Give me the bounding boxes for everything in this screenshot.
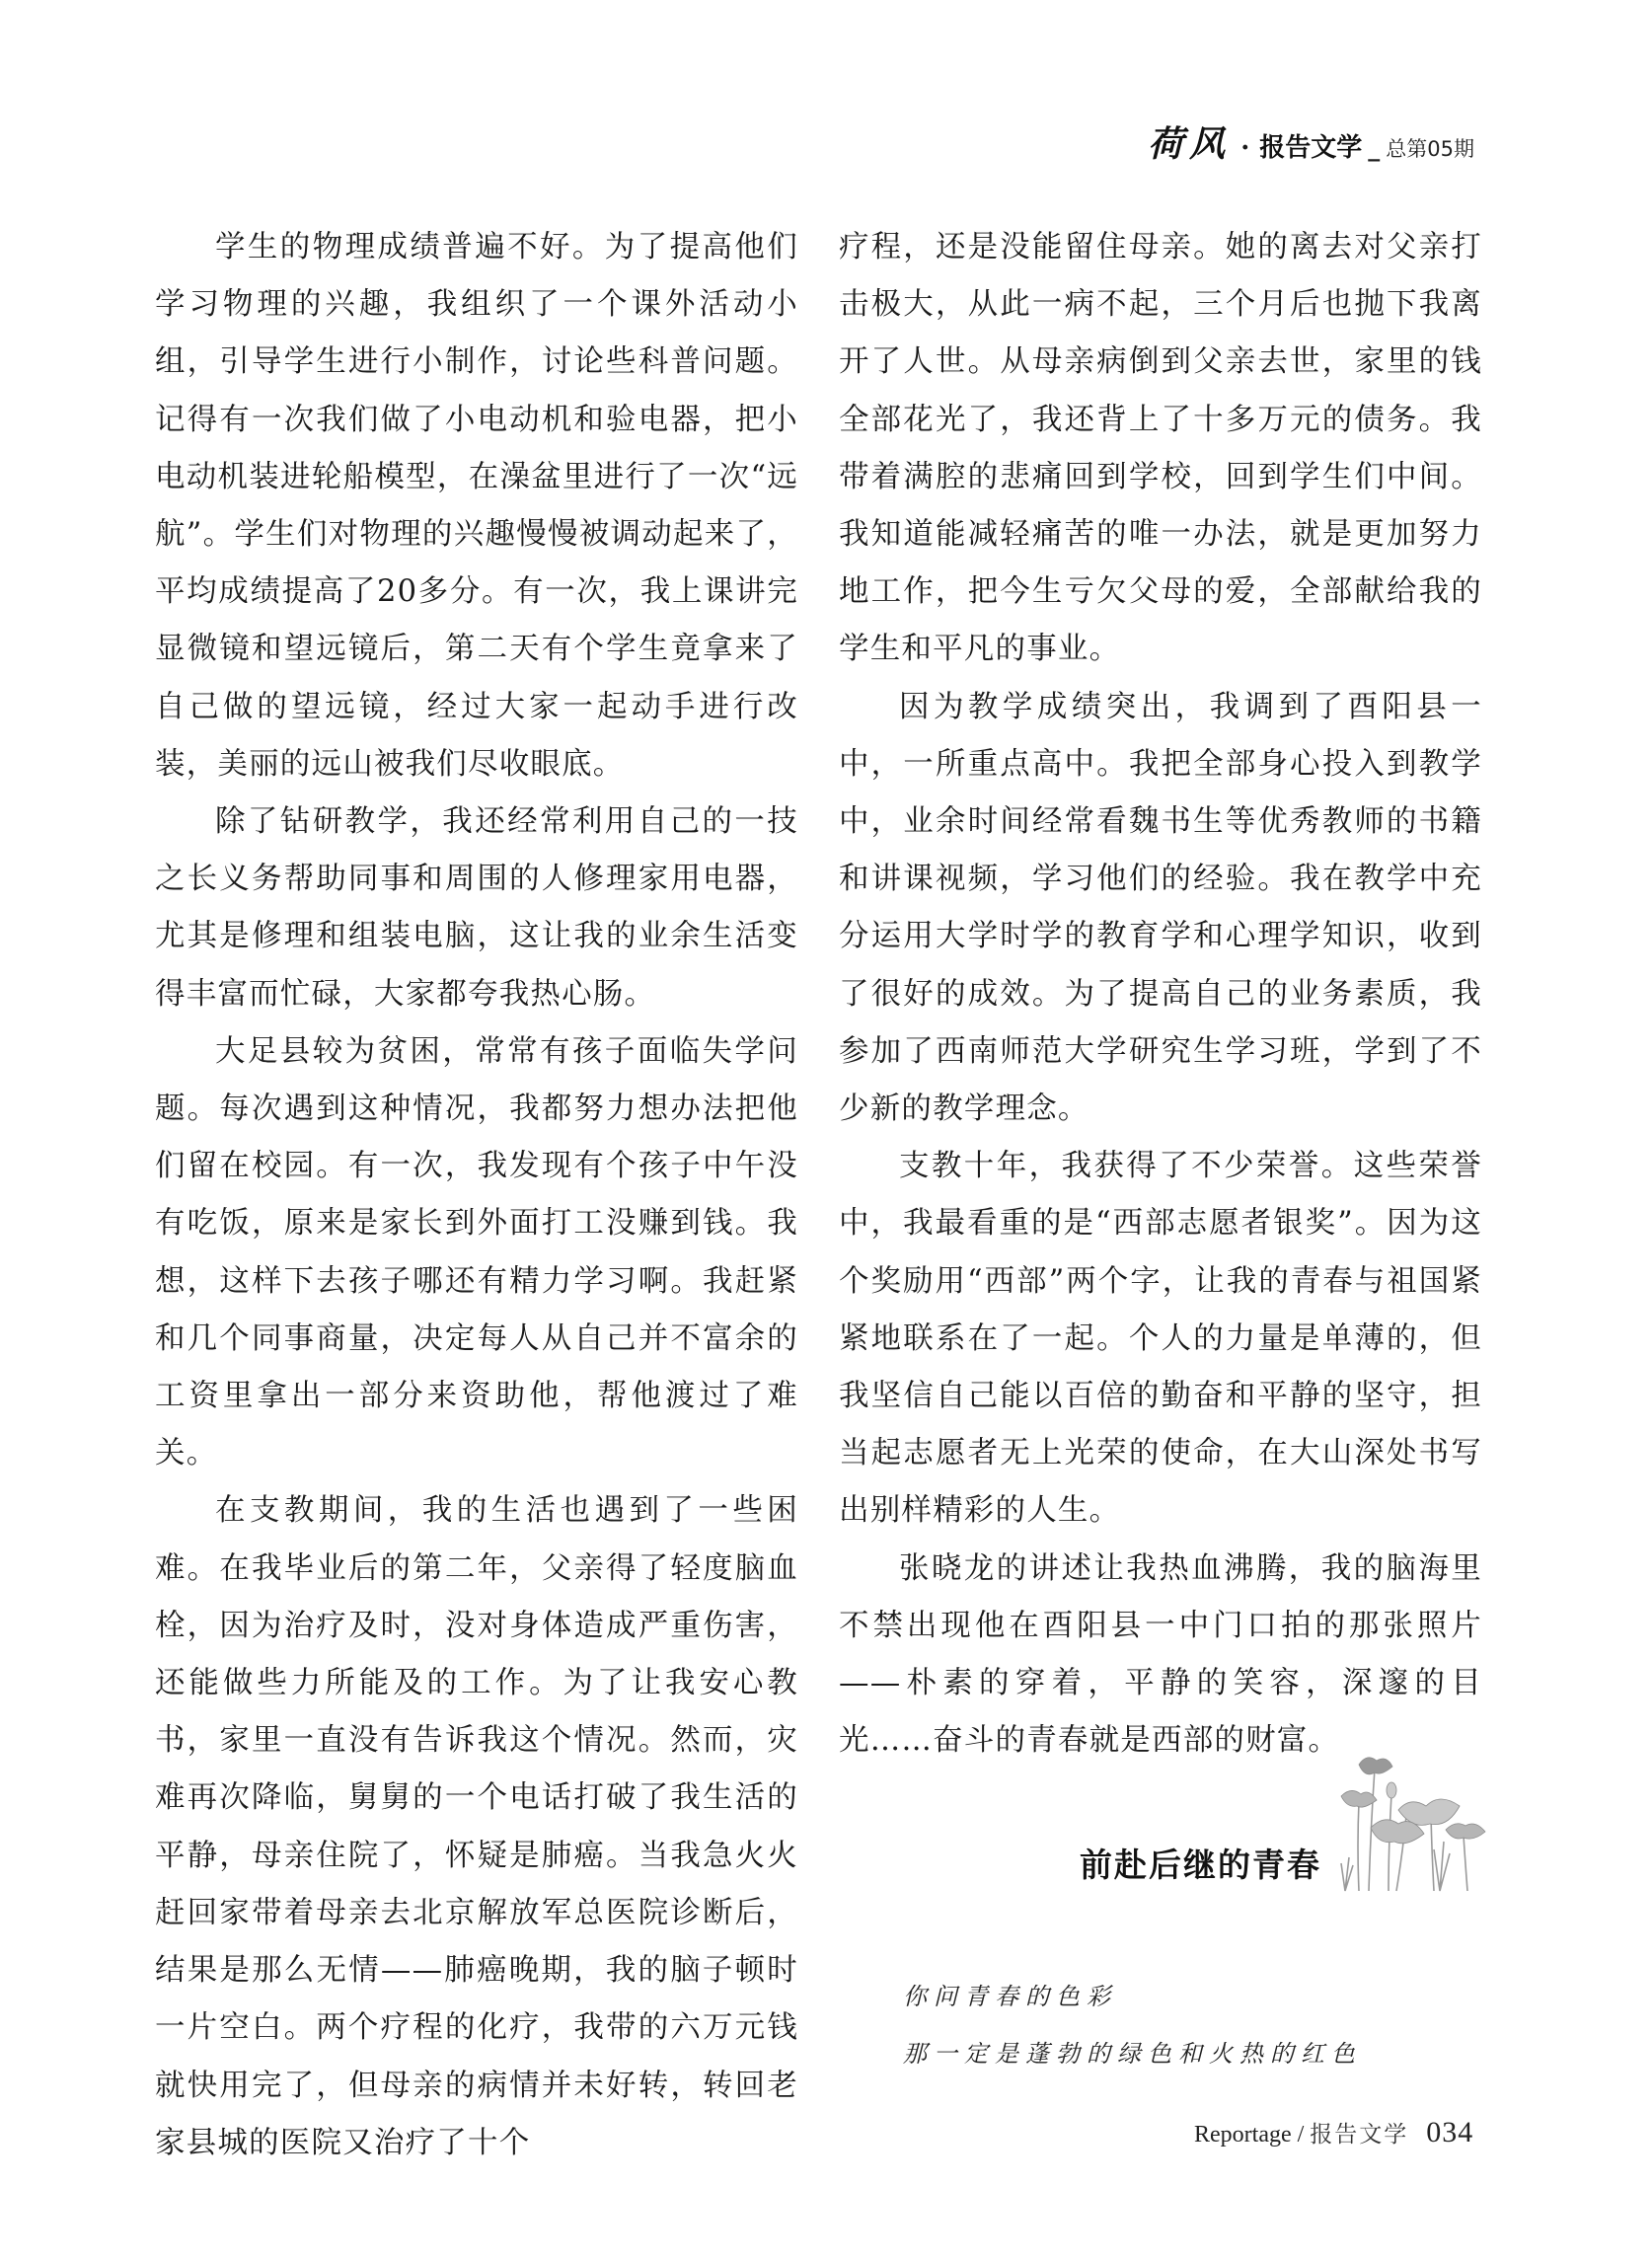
header-separator: · bbox=[1240, 133, 1249, 163]
poem-line: 你问青春的色彩 bbox=[903, 1968, 1362, 2025]
magazine-brand-logo: 荷风 bbox=[1148, 116, 1231, 167]
running-header: 荷风 · 报告文学 _ 总第05期 bbox=[1148, 116, 1474, 167]
issue-number: 总第05期 bbox=[1386, 133, 1474, 163]
header-underscore: _ bbox=[1368, 134, 1380, 162]
page-footer: Reportage / 报告文学 034 bbox=[1194, 2116, 1473, 2149]
paragraph: 张晓龙的讲述让我热血沸腾，我的脑海里不禁出现他在酉阳县一中门口拍的那张照片——朴… bbox=[839, 1541, 1482, 1771]
poem-line: 那一定是蓬勃的绿色和火热的红色 bbox=[903, 2025, 1362, 2082]
cosmos-flowers-illustration-icon bbox=[1337, 1747, 1495, 1895]
paragraph: 学生的物理成绩普遍不好。为了提高他们学习物理的兴趣，我组织了一个课外活动小组，引… bbox=[155, 219, 798, 793]
page-number: 034 bbox=[1426, 2116, 1473, 2149]
essay-title: 前赴后继的青春 bbox=[1080, 1840, 1321, 1886]
footer-english-label: Reportage bbox=[1194, 2122, 1292, 2148]
paragraph-continuation: 疗程，还是没能留住母亲。她的离去对父亲打击极大，从此一病不起，三个月后也抛下我离… bbox=[839, 219, 1482, 679]
footer-chinese-label: 报告文学 bbox=[1310, 2116, 1408, 2148]
paragraph: 支教十年，我获得了不少荣誉。这些荣誉中，我最看重的是“西部志愿者银奖”。因为这个… bbox=[839, 1138, 1482, 1540]
footer-slash: / bbox=[1298, 2122, 1305, 2148]
left-text-column: 学生的物理成绩普遍不好。为了提高他们学习物理的兴趣，我组织了一个课外活动小组，引… bbox=[155, 219, 798, 2172]
paragraph: 除了钻研教学，我还经常利用自己的一技之长义务帮助同事和周围的人修理家用电器，尤其… bbox=[155, 793, 798, 1023]
paragraph: 大足县较为贫困，常常有孩子面临失学问题。每次遇到这种情况，我都努力想办法把他们留… bbox=[155, 1023, 798, 1483]
section-name: 报告文学 bbox=[1259, 127, 1362, 164]
paragraph: 在支教期间，我的生活也遇到了一些困难。在我毕业后的第二年，父亲得了轻度脑血栓，因… bbox=[155, 1482, 798, 2171]
poem-excerpt: 你问青春的色彩 那一定是蓬勃的绿色和火热的红色 bbox=[903, 1968, 1362, 2082]
right-text-column: 疗程，还是没能留住母亲。她的离去对父亲打击极大，从此一病不起，三个月后也抛下我离… bbox=[839, 219, 1482, 1770]
paragraph: 因为教学成绩突出，我调到了酉阳县一中，一所重点高中。我把全部身心投入到教学中，业… bbox=[839, 679, 1482, 1139]
essay-title-block: 前赴后继的青春 bbox=[1066, 1747, 1500, 1915]
